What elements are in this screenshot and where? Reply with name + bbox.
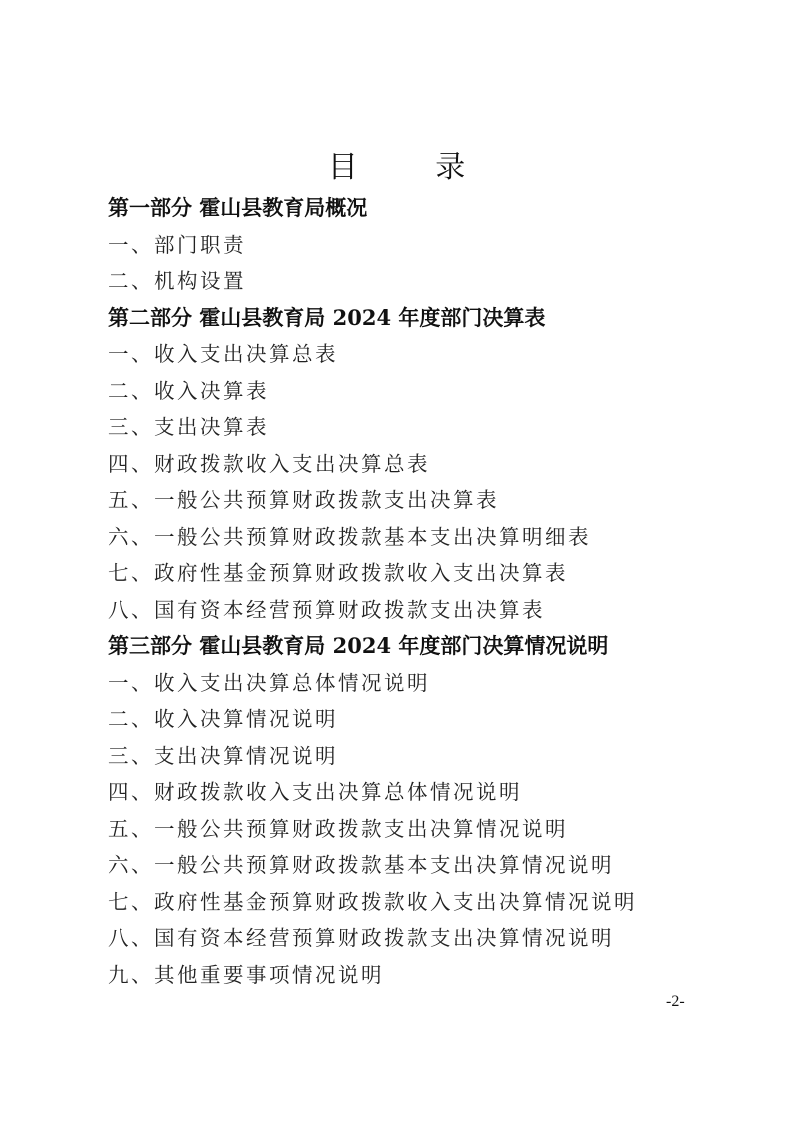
toc-item: 一、收入支出决算总体情况说明 [108,665,637,702]
page-number: -2- [666,993,685,1011]
toc-item: 一、收入支出决算总表 [108,336,637,373]
toc-item: 六、一般公共预算财政拨款基本支出决算明细表 [108,519,637,556]
toc-item: 四、财政拨款收入支出决算总表 [108,446,637,483]
toc-item: 三、支出决算情况说明 [108,738,637,775]
toc-item: 五、一般公共预算财政拨款支出决算表 [108,482,637,519]
toc-item: 三、支出决算表 [108,409,637,446]
toc-item: 二、收入决算表 [108,373,637,410]
page-title: 目 录 [0,142,793,186]
toc-item: 八、国有资本经营预算财政拨款支出决算情况说明 [108,920,637,957]
toc-item: 七、政府性基金预算财政拨款收入支出决算表 [108,555,637,592]
toc-part-1: 第一部分 霍山县教育局概况 [108,190,637,227]
toc-item: 六、一般公共预算财政拨款基本支出决算情况说明 [108,847,637,884]
toc-item: 二、机构设置 [108,263,637,300]
toc-item: 九、其他重要事项情况说明 [108,957,637,994]
toc-part-3: 第三部分 霍山县教育局 2024 年度部门决算情况说明 [108,628,637,665]
toc-item: 四、财政拨款收入支出决算总体情况说明 [108,774,637,811]
toc-item: 一、部门职责 [108,227,637,264]
toc-part-2: 第二部分 霍山县教育局 2024 年度部门决算表 [108,300,637,337]
toc-item: 二、收入决算情况说明 [108,701,637,738]
toc-item: 七、政府性基金预算财政拨款收入支出决算情况说明 [108,884,637,921]
table-of-contents: 第一部分 霍山县教育局概况 一、部门职责 二、机构设置 第二部分 霍山县教育局 … [108,190,637,993]
toc-item: 五、一般公共预算财政拨款支出决算情况说明 [108,811,637,848]
toc-item: 八、国有资本经营预算财政拨款支出决算表 [108,592,637,629]
